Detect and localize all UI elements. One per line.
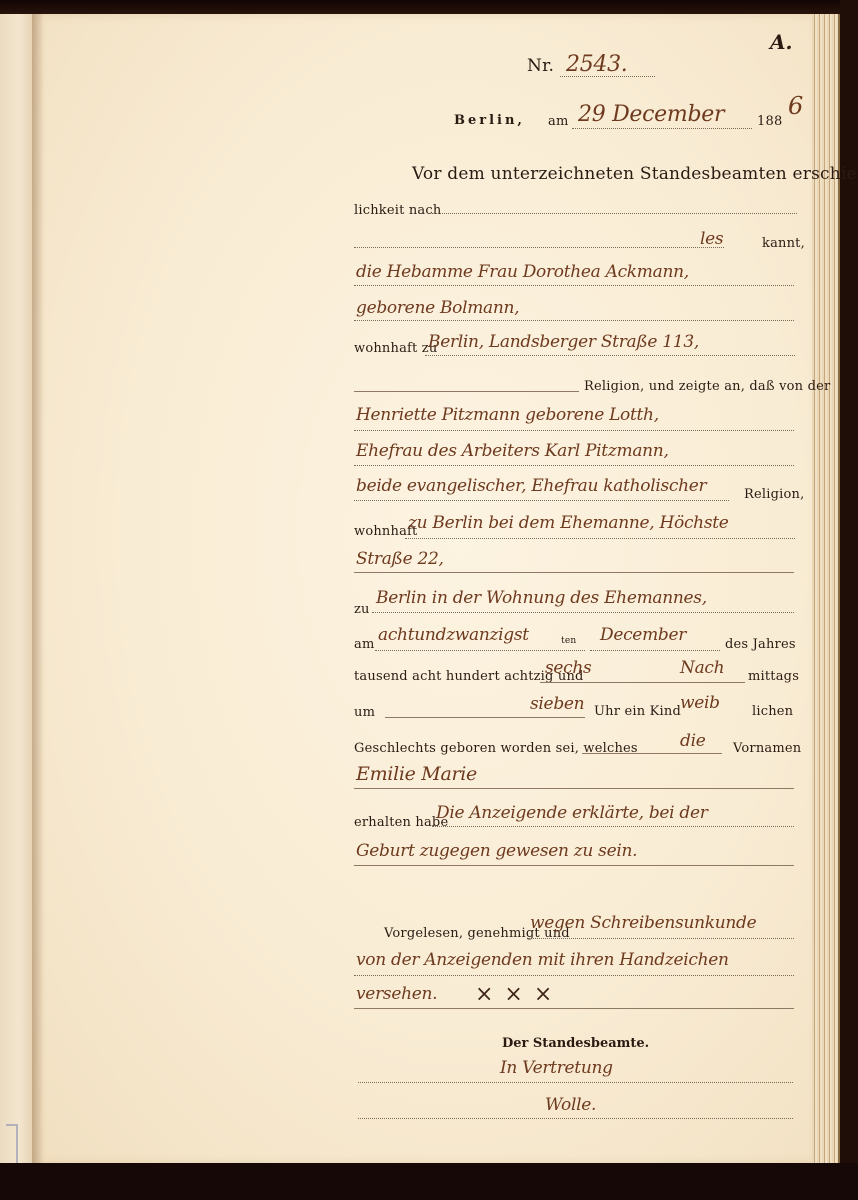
mother-residence-line-1: zu Berlin bei dem Ehemanne, Höchste	[408, 513, 729, 533]
signature-line-1: In Vertretung	[500, 1058, 613, 1078]
birthplace-label: zu	[354, 602, 370, 617]
page-stack-edge	[812, 14, 840, 1164]
form-letter: A.	[770, 30, 792, 54]
birthplace-hand: Berlin in der Wohnung des Ehemannes,	[376, 588, 707, 608]
number-label: Nr.	[527, 56, 554, 76]
entry-line	[354, 865, 794, 866]
mother-line-3: beide evangelischer, Ehefrau katholische…	[356, 476, 706, 496]
read-hand-line-1: wegen Schreibensunkunde	[530, 913, 756, 933]
time-of-day-label: mittags	[748, 669, 799, 684]
signature-line	[358, 1118, 793, 1119]
entry-line	[528, 938, 794, 939]
received-hand-line-1: Die Anzeigende erklärte, bei der	[436, 803, 708, 823]
entry-line	[582, 753, 722, 754]
read-hand-line-3: versehen.	[356, 984, 437, 1004]
register-number: 2543.	[566, 52, 627, 77]
residence-label: wohnhaft zu	[354, 341, 437, 356]
place-label: Berlin,	[454, 113, 525, 128]
first-names-hand: Emilie Marie	[356, 763, 477, 785]
day-hand: achtundzwanzigst	[378, 625, 529, 645]
date-prefix: am	[548, 114, 568, 129]
year-handwritten: 6	[788, 92, 803, 120]
hour-label: um	[354, 705, 375, 720]
signature-line-2: Wolle.	[545, 1095, 596, 1115]
mother-residence-line-2: Straße 22,	[356, 549, 444, 569]
entry-line	[385, 717, 585, 718]
mother-line-2: Ehefrau des Arbeiters Karl Pitzmann,	[356, 441, 669, 461]
intro-line-2-label: lichkeit nach	[354, 203, 441, 218]
year-label: des Jahres	[725, 637, 796, 652]
sex-suffix: lichen	[752, 704, 793, 719]
read-hand-line-2: von der Anzeigenden mit ihren Handzeiche…	[356, 950, 729, 970]
received-label: erhalten habe	[354, 815, 448, 830]
entry-line	[354, 320, 794, 321]
entry-line	[425, 355, 795, 356]
informant-line-2: geborene Bolmann,	[356, 298, 519, 318]
residence-hand: Berlin, Landsberger Straße 113,	[428, 332, 699, 352]
entry-line	[354, 788, 794, 789]
entry-line	[354, 465, 794, 466]
day-suffix: ten	[561, 636, 576, 646]
entry-line	[354, 285, 794, 286]
entry-line	[354, 430, 794, 431]
gutter-shadow	[32, 14, 44, 1164]
religion-label: Religion, und zeigte an, daß von der	[584, 379, 830, 394]
known-label: kannt,	[762, 236, 805, 251]
mother-line-1: Henriette Pitzmann geborene Lotth,	[356, 405, 659, 425]
month-hand: December	[600, 625, 686, 645]
entry-line	[372, 612, 794, 613]
informant-line-1: die Hebamme Frau Dorothea Ackmann,	[356, 262, 689, 282]
hour-suffix: Uhr ein Kind	[594, 704, 681, 719]
intro-line-1: Vor dem unterzeichneten Standesbeamten e…	[412, 164, 858, 184]
entry-line	[405, 538, 795, 539]
date-line	[572, 128, 752, 129]
hour-hand: sieben	[530, 694, 584, 714]
entry-line	[354, 500, 729, 501]
time-of-day-hand: Nach	[680, 658, 724, 678]
entry-line	[354, 975, 794, 976]
date-label: am	[354, 637, 374, 652]
sex-hand: weib	[680, 693, 720, 713]
blank-line	[354, 247, 724, 248]
year-printed: 188	[757, 114, 782, 129]
names-hand: die	[680, 731, 705, 751]
book-bottom-edge	[0, 1163, 858, 1200]
known-hand: les	[700, 229, 723, 249]
left-page-edge	[0, 14, 33, 1164]
entry-line	[432, 826, 794, 827]
blank-line	[432, 213, 797, 214]
religion-label-2: Religion,	[744, 487, 804, 502]
entry-line	[590, 650, 720, 651]
received-hand-line-2: Geburt zugegen gewesen zu sein.	[356, 841, 637, 861]
entry-line	[375, 650, 585, 651]
year-words-hand: sechs	[545, 658, 591, 678]
names-label: Vornamen	[733, 741, 801, 756]
entry-line	[354, 572, 794, 573]
date-handwritten: 29 December	[578, 102, 724, 127]
entry-line	[354, 1008, 794, 1009]
signature-heading: Der Standesbeamte.	[502, 1036, 649, 1051]
signature-line	[358, 1082, 793, 1083]
entry-line	[540, 682, 745, 683]
handmarks: × × ×	[475, 982, 554, 1007]
blank-line	[354, 391, 579, 392]
